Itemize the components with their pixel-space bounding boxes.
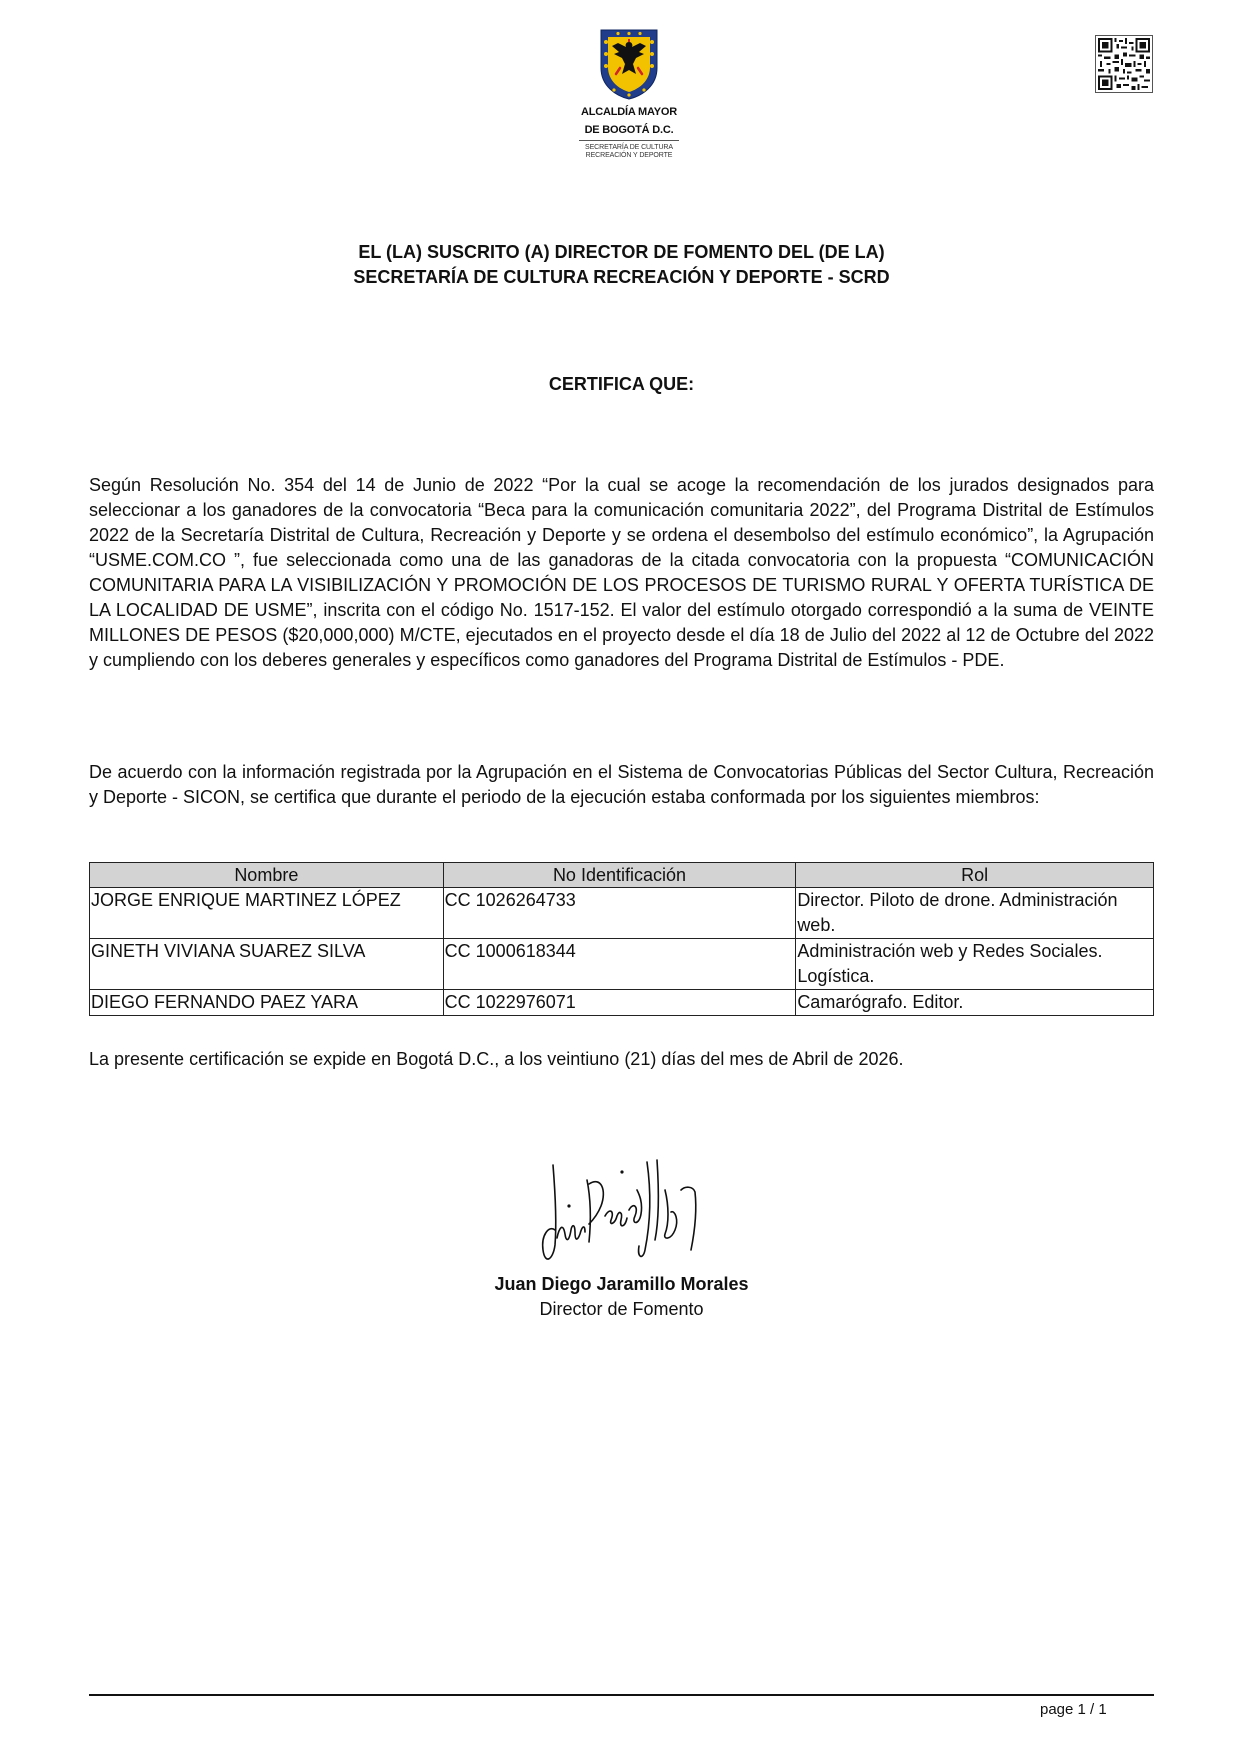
page-number: page 1 / 1 [1040, 1700, 1107, 1720]
table-row: GINETH VIVIANA SUAREZ SILVA CC 100061834… [90, 939, 1154, 990]
logo-line-1: ALCALDÍA MAYOR [565, 106, 693, 118]
footer-divider [89, 1694, 1154, 1696]
table-row: JORGE ENRIQUE MARTINEZ LÓPEZ CC 10262647… [90, 888, 1154, 939]
member-id: CC 1026264733 [443, 888, 796, 939]
signer-name: Juan Diego Jaramillo Morales [89, 1272, 1154, 1297]
qr-code-icon [1098, 38, 1150, 90]
handwritten-signature-icon [525, 1150, 725, 1275]
table-header-row: Nombre No Identificación Rol [90, 863, 1154, 888]
members-table: Nombre No Identificación Rol JORGE ENRIQ… [89, 862, 1154, 1016]
member-role: Camarógrafo. Editor. [796, 990, 1154, 1016]
member-name: GINETH VIVIANA SUAREZ SILVA [90, 939, 444, 990]
certifies-heading: CERTIFICA QUE: [89, 372, 1154, 397]
signer-role: Director de Fomento [89, 1297, 1154, 1322]
table-row: DIEGO FERNANDO PAEZ YARA CC 1022976071 C… [90, 990, 1154, 1016]
member-role: Administración web y Redes Sociales. Log… [796, 939, 1154, 990]
institution-logo: ALCALDÍA MAYOR DE BOGOTÁ D.C. SECRETARÍA… [565, 28, 693, 160]
document-title: EL (LA) SUSCRITO (A) DIRECTOR DE FOMENTO… [89, 240, 1154, 290]
column-header-role: Rol [796, 863, 1154, 888]
logo-divider [579, 140, 679, 141]
member-id: CC 1022976071 [443, 990, 796, 1016]
column-header-id: No Identificación [443, 863, 796, 888]
logo-line-2: DE BOGOTÁ D.C. [565, 124, 693, 136]
qr-code [1095, 35, 1153, 93]
members-intro-paragraph: De acuerdo con la información registrada… [89, 760, 1154, 810]
member-name: JORGE ENRIQUE MARTINEZ LÓPEZ [90, 888, 444, 939]
member-id: CC 1000618344 [443, 939, 796, 990]
bogota-coat-of-arms-icon [598, 28, 660, 100]
document-title-line-2: SECRETARÍA DE CULTURA RECREACIÓN Y DEPOR… [89, 265, 1154, 290]
resolution-paragraph: Según Resolución No. 354 del 14 de Junio… [89, 473, 1154, 673]
member-role: Director. Piloto de drone. Administració… [796, 888, 1154, 939]
logo-subline-2: RECREACIÓN Y DEPORTE [565, 152, 693, 160]
issuance-statement: La presente certificación se expide en B… [89, 1047, 1154, 1072]
document-title-line-1: EL (LA) SUSCRITO (A) DIRECTOR DE FOMENTO… [89, 240, 1154, 265]
column-header-name: Nombre [90, 863, 444, 888]
member-name: DIEGO FERNANDO PAEZ YARA [90, 990, 444, 1016]
logo-subline-1: SECRETARÍA DE CULTURA [565, 144, 693, 152]
